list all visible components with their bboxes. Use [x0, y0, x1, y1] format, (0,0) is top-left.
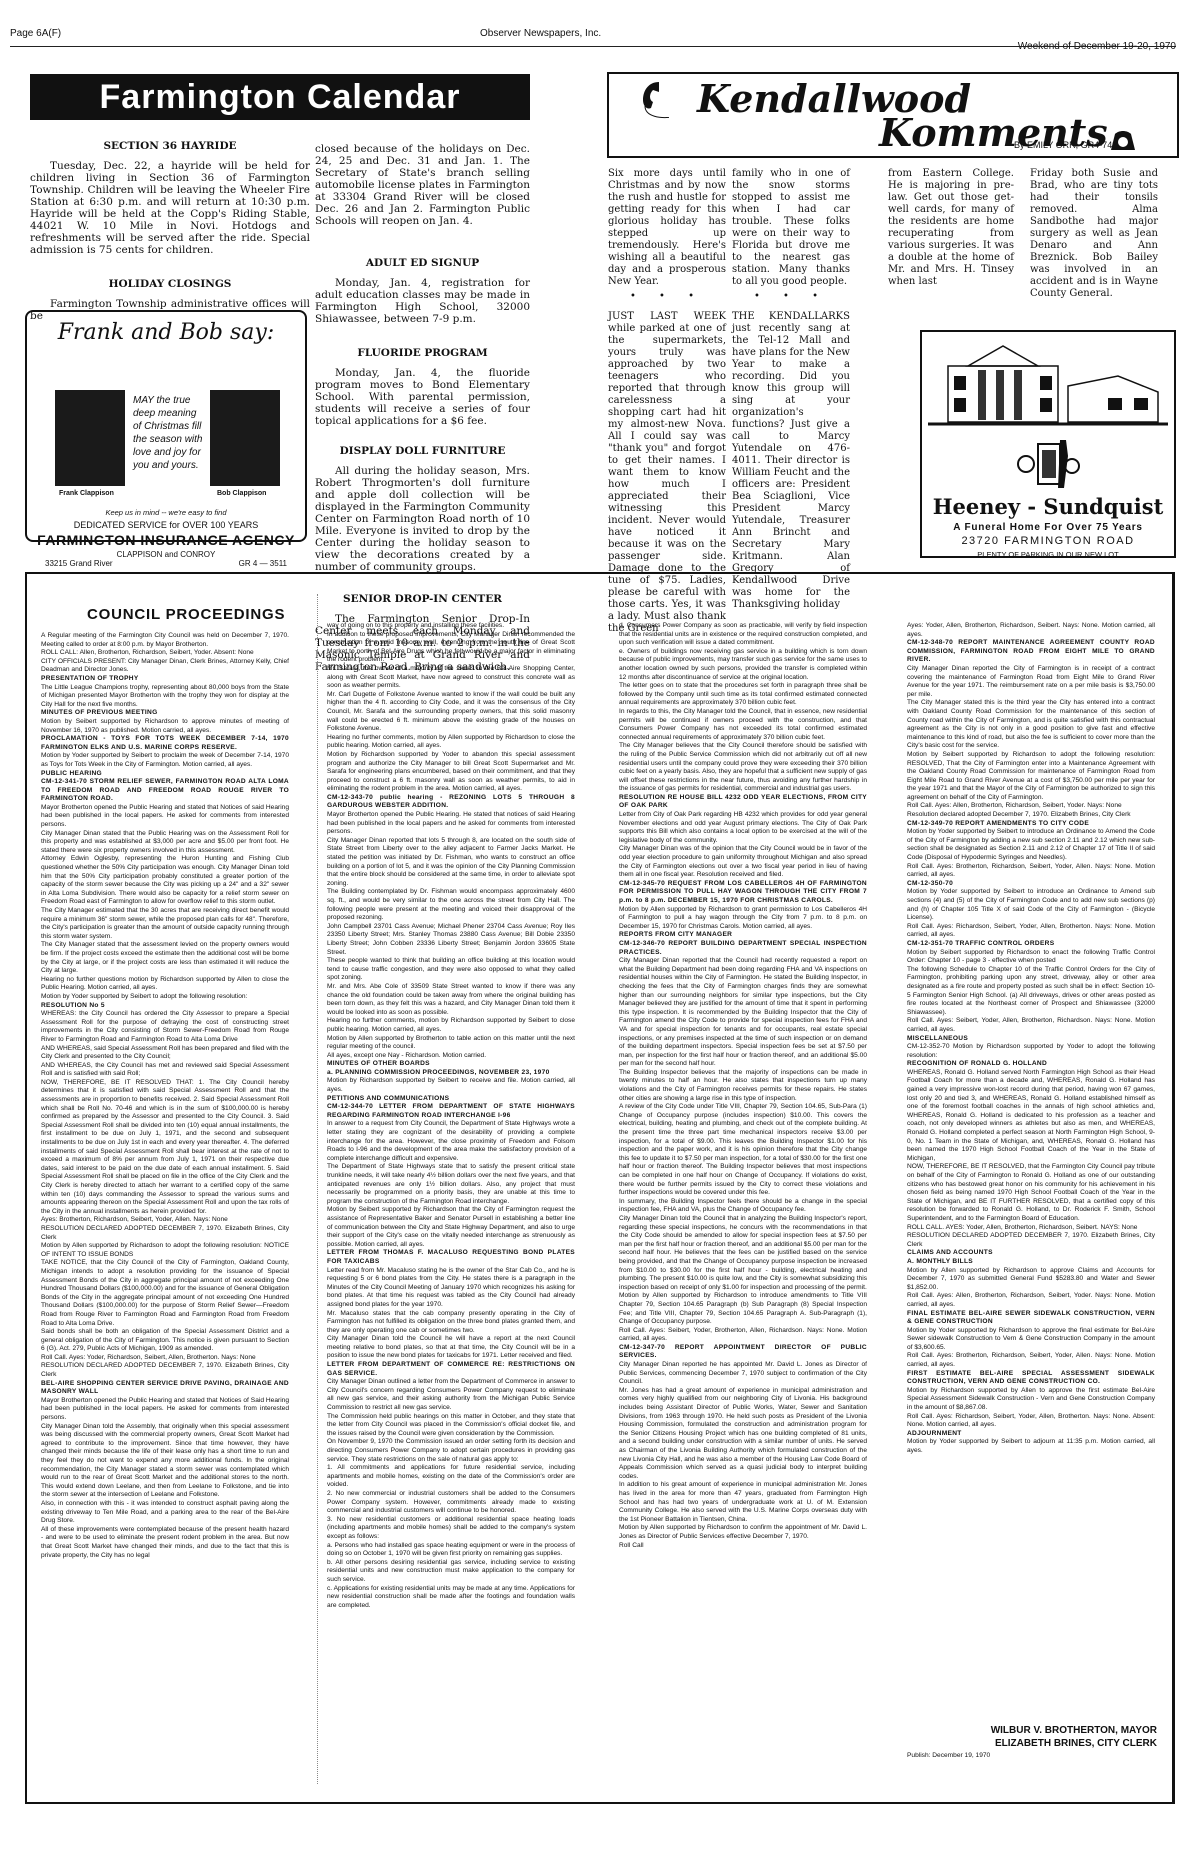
ad-message: MAY the true deep meaning of Christmas f…	[133, 394, 207, 472]
council-paragraph: City Manager Dinan reported that the Cou…	[619, 957, 867, 1069]
calendar-body: Monday, Jan. 4, the fluoride program mov…	[315, 367, 530, 427]
council-paragraph: Motion by Yoder supported by Seibert to …	[41, 752, 289, 769]
council-paragraph: City Manager Dinan reported he has appoi…	[619, 1361, 867, 1387]
council-paragraph: The following Schedule to Chapter 10 of …	[907, 966, 1155, 1018]
rotary-phone-icon	[1109, 128, 1137, 152]
ad-slogan: Keep us in mind -- we're easy to find	[27, 508, 305, 517]
kendallwood-column-2: family who in one of the snow storms sto…	[732, 168, 850, 611]
calendar-heading: FLUORIDE PROGRAM	[315, 347, 530, 359]
separator-dots: • • •	[732, 291, 850, 303]
council-paragraph: City Manager Dinan told the Council that…	[619, 1215, 867, 1292]
council-paragraph: Roll Call. Ayes: Seibert, Yoder, Brother…	[619, 1327, 867, 1344]
council-paragraph: Motion by Seibert supported by Richardso…	[907, 949, 1155, 966]
funeral-home-name: Heeney - Sundquist	[922, 494, 1174, 519]
council-paragraph: These people wanted to think that buildi…	[327, 957, 575, 983]
council-paragraph: The City Manager stated that the assessm…	[41, 941, 289, 975]
council-paragraph: Ayes: Brotherton, Richardson, Seibert, Y…	[41, 1216, 289, 1225]
funeral-home-address: 23720 FARMINGTON ROAD	[922, 535, 1174, 547]
council-section-heading: RECOGNITION OF RONALD G. HOLLAND	[907, 1060, 1155, 1069]
council-paragraph: Roll Call. Ayes: Yoder, Richardson, Seib…	[41, 1354, 289, 1363]
council-paragraph: AND WHEREAS, said Special Assessment Rol…	[41, 1045, 289, 1062]
council-paragraph: City Manager Dinan told the Council he w…	[327, 1335, 575, 1361]
masthead-rule	[10, 46, 1176, 47]
council-paragraph: b. All other persons desiring residentia…	[327, 1559, 575, 1585]
council-paragraph: RESOLUTION DECLARED ADOPTED DECEMBER 7, …	[41, 1362, 289, 1379]
council-paragraph: Motion by Allen supported by Richardson …	[619, 1292, 867, 1326]
council-paragraph: Hearing no further comments, motion by R…	[327, 1017, 575, 1034]
council-section-heading: MISCELLANEOUS	[907, 1035, 1155, 1044]
calendar-banner: Farmington Calendar	[30, 74, 530, 120]
photo-caption: Frank Clappison	[59, 490, 114, 497]
council-paragraph: Resolution declared adopted December 7, …	[907, 811, 1155, 820]
council-section-heading: CM-12-341-70 STORM RELIEF SEWER, FARMING…	[41, 778, 289, 804]
funeral-home-advertisement: Heeney - Sundquist A Funeral Home For Ov…	[920, 330, 1176, 558]
council-section-heading: FINAL ESTIMATE BEL-AIRE SEWER SIDEWALK C…	[907, 1310, 1155, 1327]
council-paragraph: In regards to this, the City Manager tol…	[619, 708, 867, 742]
council-paragraph: ROLL CALL. AYES: Yoder, Allen, Brotherto…	[907, 1224, 1155, 1233]
council-paragraph: City Manager Dinan told the Assembly, th…	[41, 1423, 289, 1500]
council-paragraph: Letter read from Mr. Macaluso stating he…	[327, 1267, 575, 1310]
calendar-heading: HOLIDAY CLOSINGS	[30, 278, 310, 290]
insurance-advertisement: Frank and Bob say: MAY the true deep mea…	[25, 310, 307, 542]
council-paragraph: TAKE NOTICE, that the City Council of th…	[41, 1259, 289, 1328]
council-paragraph: 3. No new residential customers or addit…	[327, 1516, 575, 1542]
council-paragraph: Roll Call. Ayes: Richardson, Seibert, Yo…	[907, 1413, 1155, 1430]
kendallwood-column-4: Friday both Susie and Brad, who are tiny…	[1030, 168, 1158, 300]
page-number: Page 6A(F)	[10, 28, 61, 39]
council-paragraph: Roll Call. Ayes: Seibert, Yoder, Allen, …	[907, 1017, 1155, 1034]
calendar-body: All during the holiday season, Mrs. Robe…	[315, 465, 530, 573]
council-paragraph: Mr. Macaluso states that the cab company…	[327, 1310, 575, 1336]
council-section-heading: LETTER FROM THOMAS F. MACALUSO REQUESTIN…	[327, 1249, 575, 1266]
council-paragraph: Roll Call. Ayes: Brotherton, Richardson,…	[907, 1352, 1155, 1369]
column-paragraph: Friday both Susie and Brad, who are tiny…	[1030, 168, 1158, 300]
council-section-heading: CM-12-345-70 REQUEST FROM LOS CABELLEROS…	[619, 880, 867, 906]
council-paragraph: City Manager Dinan stated that the Publi…	[41, 830, 289, 856]
publish-date: Publish: December 19, 1970	[907, 1752, 1157, 1759]
council-section-heading: CM-12-350-70	[907, 880, 1155, 889]
council-paragraph: In addition to these proposed improvemen…	[327, 631, 575, 665]
council-paragraph: Motion by Allen supported by Richardson …	[41, 1242, 289, 1259]
council-paragraph: The Little League Champions trophy, repr…	[41, 684, 289, 710]
council-paragraph: Motion by Yoder supported by Seibert to …	[907, 888, 1155, 922]
council-paragraph: Motion by Allen supported by Brotherton …	[327, 1035, 575, 1052]
council-paragraph: All of these improvements were contempla…	[41, 1526, 289, 1560]
council-paragraph: Mayor Brotherton opened the Public Heari…	[327, 811, 575, 837]
council-paragraph: NOW, THEREFORE, BE IT RESOLVED, that the…	[907, 1163, 1155, 1223]
council-section-heading: a. PLANNING COMMISSION PROCEEDINGS, NOVE…	[327, 1069, 575, 1078]
council-paragraph: Motion by Yoder supported by Seibert to …	[907, 828, 1155, 862]
council-paragraph: e. Owners of buildings now receiving gas…	[619, 648, 867, 682]
calendar-heading: SECTION 36 HAYRIDE	[30, 140, 310, 152]
column-paragraph: THE KENDALLARKS just recently sang at th…	[732, 311, 850, 611]
council-section-heading: REPORTS FROM CITY MANAGER	[619, 931, 867, 940]
column-byline: By EMILY ORR, GR4-7499	[1014, 140, 1122, 150]
council-paragraph: Motion by Seibert supported by Richardso…	[41, 718, 289, 735]
council-section-heading: CLAIMS AND ACCOUNTS	[907, 1249, 1155, 1258]
council-paragraph: c. Applications for existing residential…	[327, 1585, 575, 1611]
council-paragraph: WHEREAS: the City Council has ordered th…	[41, 1010, 289, 1044]
council-section-heading: MINUTES OF PREVIOUS MEETING	[41, 709, 289, 718]
council-paragraph: The Department of State Highways state t…	[327, 1163, 575, 1206]
council-paragraph: Roll Call. Ayes: Allen, Brotherton, Rich…	[907, 802, 1155, 811]
council-section-heading: MINUTES OF OTHER BOARDS	[327, 1060, 575, 1069]
agency-name: FARMINGTON INSURANCE AGENCY	[27, 532, 305, 548]
council-paragraph: RESOLUTION DECLARED ADOPTED DECEMBER 7, …	[907, 1232, 1155, 1249]
council-paragraph: The Commission held public hearings on t…	[327, 1413, 575, 1439]
council-section-heading: RESOLUTION RE HOUSE BILL 4232 ODD YEAR E…	[619, 794, 867, 811]
calendar-heading: DISPLAY DOLL FURNITURE	[315, 445, 530, 457]
council-section-heading: CM-12-344-70 LETTER FROM DEPARTMENT OF S…	[327, 1103, 575, 1120]
publisher-name: Observer Newspapers, Inc.	[480, 28, 601, 39]
clerk-signature: ELIZABETH BRINES, CITY CLERK	[907, 1737, 1157, 1750]
council-paragraph: Roll Call. Ayes: Richardson, Seibert, Yo…	[907, 923, 1155, 940]
column-paragraph: Six more days until Christmas and by now…	[608, 168, 726, 288]
council-paragraph: Attorney Edwin Oglesby, representing the…	[41, 855, 289, 907]
council-section-heading: LETTER FROM DEPARTMENT OF COMMERCE RE: R…	[327, 1361, 575, 1378]
kendallwood-banner: Kendallwood Komments By EMILY ORR, GR4-7…	[607, 72, 1179, 158]
council-paragraph: In addition to his great amount of exper…	[619, 1481, 867, 1524]
council-paragraph: Motion by Richardson supported by Seiber…	[327, 1077, 575, 1094]
council-paragraph: Roll Call. Ayes: Allen, Brotherton, Rich…	[907, 1292, 1155, 1309]
council-paragraph: Motion by Seibert supported by Richardso…	[907, 751, 1155, 803]
council-column-2: way of going on to this property and ins…	[327, 622, 575, 1610]
council-paragraph: The City Manager estimated that the 30 a…	[41, 907, 289, 941]
council-paragraph: way of going on to this property and ins…	[327, 622, 575, 631]
council-section-heading: RESOLUTION No 5	[41, 1002, 289, 1011]
council-paragraph: In answer to a request from City Council…	[327, 1120, 575, 1163]
council-paragraph: John Campbell 23701 Cass Avenue; Michael…	[327, 923, 575, 957]
crest-emblem-icon	[1014, 436, 1084, 492]
council-section-heading: ADJOURNMENT	[907, 1430, 1155, 1439]
photo-caption: Bob Clappison	[217, 490, 266, 497]
calendar-heading: ADULT ED SIGNUP	[315, 257, 530, 269]
column-paragraph: family who in one of the snow storms sto…	[732, 168, 850, 288]
council-paragraph: Mr. Carl Dugette of Folkstone Avenue wan…	[327, 691, 575, 734]
telephone-handset-icon	[639, 80, 669, 120]
council-paragraph: Hearing no further questions motion by R…	[41, 976, 289, 993]
council-paragraph: City Manager Dinan was of the opinion th…	[619, 845, 867, 879]
council-paragraph: Motion by Yoder supported by Seibert to …	[41, 993, 289, 1002]
council-paragraph: 1. All commitments and applications for …	[327, 1464, 575, 1490]
council-paragraph: A Regular meeting of the Farmington City…	[41, 632, 289, 649]
council-paragraph: Said bonds shall be both an obligation o…	[41, 1328, 289, 1354]
council-paragraph: The City Manager believes that the City …	[619, 742, 867, 794]
council-paragraph: Mayor Brotherton opened the Public Heari…	[41, 804, 289, 830]
column-paragraph: from Eastern College. He is majoring in …	[888, 168, 1014, 288]
council-paragraph: Roll Call	[619, 1542, 867, 1551]
council-paragraph: Letter from City of Oak Park regarding H…	[619, 811, 867, 845]
council-paragraph: All ayes, except one Nay - Richardson. M…	[327, 1052, 575, 1061]
portrait-photo-frank	[55, 390, 125, 486]
council-paragraph: CITY OFFICIALS PRESENT: City Manager Din…	[41, 658, 289, 675]
council-paragraph: Motion by Yoder supported by Richardson …	[907, 1327, 1155, 1353]
funeral-home-parking: PLENTY OF PARKING IN OUR NEW LOT	[922, 550, 1174, 559]
council-title: COUNCIL PROCEEDINGS	[87, 606, 285, 623]
council-paragraph: City Manager Dinan reported that lots 5 …	[327, 837, 575, 889]
funeral-home-tagline: A Funeral Home For Over 75 Years	[922, 522, 1174, 533]
council-paragraph: Ayes: Yoder, Allen, Brotherton, Richards…	[907, 622, 1155, 639]
funeral-home-illustration	[928, 336, 1168, 430]
council-paragraph: City Manager Dinan reported the City of …	[907, 665, 1155, 699]
council-section-heading: PRESENTATION OF TROPHY	[41, 675, 289, 684]
portrait-photo-bob	[210, 390, 280, 486]
council-section-heading: CM-12-347-70 REPORT APPOINTMENT DIRECTOR…	[619, 1344, 867, 1361]
council-paragraph: d. Consumers Power Company as soon as pr…	[619, 622, 867, 648]
council-paragraph: Mayor Brotherton opened the Public Heari…	[41, 1397, 289, 1423]
council-paragraph: Hearing no further comments, motion by A…	[327, 734, 575, 751]
council-paragraph: NOW, THEREFORE, BE IT RESOLVED THAT: 1. …	[41, 1079, 289, 1217]
council-section-heading: CM-12-343-70 public hearing - REZONING L…	[327, 794, 575, 811]
council-paragraph: The letter goes on to state that the pro…	[619, 682, 867, 708]
column-divider	[317, 594, 318, 1784]
ad-headline: Frank and Bob say:	[27, 320, 305, 345]
council-paragraph: Motion by Richardson supported by Allen …	[907, 1387, 1155, 1413]
council-paragraph: a. Persons who had installed gas space h…	[327, 1542, 575, 1559]
council-section-heading: CM-12-346-70 REPORT BUILDING DEPARTMENT …	[619, 940, 867, 957]
council-section-heading: PROCLAMATION - TOYS FOR TOTS WEEK DECEMB…	[41, 735, 289, 752]
council-section-heading: CM-12-349-70 REPORT AMENDMENTS TO CITY C…	[907, 820, 1155, 829]
council-paragraph: Mr. and Mrs. Abe Cole of 33509 State Str…	[327, 983, 575, 1017]
council-paragraph: 2. No new commercial or industrial custo…	[327, 1490, 575, 1516]
council-column-3: d. Consumers Power Company as soon as pr…	[619, 622, 867, 1550]
council-paragraph: The Building Inspector believes that the…	[619, 1069, 867, 1103]
separator-dots: • • •	[608, 291, 726, 303]
council-paragraph: Motion by Yoder supported by Seibert to …	[907, 1438, 1155, 1455]
council-paragraph: On November 9, 1970 the Commission issue…	[327, 1438, 575, 1464]
signature-block: WILBUR V. BROTHERTON, MAYOR ELIZABETH BR…	[907, 1724, 1157, 1759]
council-paragraph: Mr. Jones has had a great amount of expe…	[619, 1387, 867, 1482]
kendallwood-column-1: Six more days until Christmas and by now…	[608, 168, 726, 635]
council-paragraph: Motion by Allen supported by Richardson …	[907, 1267, 1155, 1293]
council-paragraph: WHEREAS, Ronald G. Holland served North …	[907, 1069, 1155, 1164]
council-section-heading: CM-12-351-70 TRAFFIC CONTROL ORDERS	[907, 940, 1155, 949]
calendar-body-continued: closed because of the holidays on Dec. 2…	[315, 143, 530, 227]
calendar-column-1: SECTION 36 HAYRIDE Tuesday, Dec. 22, a h…	[30, 128, 310, 322]
kendallwood-column-3: from Eastern College. He is majoring in …	[888, 168, 1014, 288]
council-paragraph: Motion by Richardson supported by Yoder …	[327, 751, 575, 794]
council-paragraph: The City Manager stated this is the thir…	[907, 699, 1155, 751]
council-paragraph: Motion by Allen supported by Richardson …	[619, 906, 867, 932]
council-paragraph: Motion by Allen supported by Richardson …	[619, 1524, 867, 1541]
council-paragraph: A review of the City Code under Title VI…	[619, 1103, 867, 1198]
council-paragraph: The Building contemplated by Dr. Fishman…	[327, 888, 575, 922]
council-paragraph: ROLL CALL: Allen, Brotherton, Richardson…	[41, 649, 289, 658]
council-proceedings-notice: COUNCIL PROCEEDINGS A Regular meeting of…	[25, 572, 1175, 1804]
agency-address: 33215 Grand River	[45, 559, 113, 568]
council-paragraph: City Manager Dinan outlined a letter fro…	[327, 1378, 575, 1412]
calendar-body: Tuesday, Dec. 22, a hayride will be held…	[30, 160, 310, 256]
council-paragraph: Roll Call. Ayes: Brotherton, Richardson,…	[907, 863, 1155, 880]
council-paragraph: Also, in connection with this - it was i…	[41, 1500, 289, 1526]
agency-phone: GR 4 — 3511	[239, 559, 287, 568]
council-column-1: A Regular meeting of the Farmington City…	[41, 632, 289, 1560]
calendar-body: Monday, Jan. 4, registration for adult e…	[315, 277, 530, 325]
council-paragraph: Motion by Seibert supported by Richardso…	[327, 1206, 575, 1249]
council-section-heading: FIRST ESTIMATE BEL-AIRE SPECIAL ASSESSME…	[907, 1370, 1155, 1387]
council-section-heading: PUBLIC HEARING	[41, 770, 289, 779]
council-section-heading: PETITIONS AND COMMUNICATIONS	[327, 1095, 575, 1104]
council-column-4: Ayes: Yoder, Allen, Brotherton, Richards…	[907, 622, 1155, 1456]
council-paragraph: CM-12-352-70 Motion by Richardson suppor…	[907, 1043, 1155, 1060]
ad-dedicated-line: DEDICATED SERVICE for OVER 100 YEARS	[27, 520, 305, 530]
council-paragraph: RESOLUTION DECLARED ADOPTED DECEMBER 7, …	[41, 1225, 289, 1242]
council-paragraph: Mr. Sarafa, the owner of a majority of t…	[327, 665, 575, 691]
council-section-heading: A. MONTHLY BILLS	[907, 1258, 1155, 1267]
council-paragraph: AND WHEREAS, the City Council has met an…	[41, 1062, 289, 1079]
mayor-signature: WILBUR V. BROTHERTON, MAYOR	[907, 1724, 1157, 1737]
council-section-heading: CM-12-348-70 REPORT MAINTENANCE AGREEMEN…	[907, 639, 1155, 665]
council-paragraph: In summary, the Building Inspector feels…	[619, 1198, 867, 1215]
council-section-heading: BEL-AIRE SHOPPING CENTER SERVICE DRIVE P…	[41, 1380, 289, 1397]
agency-owners: CLAPPISON and CONROY	[27, 550, 305, 559]
